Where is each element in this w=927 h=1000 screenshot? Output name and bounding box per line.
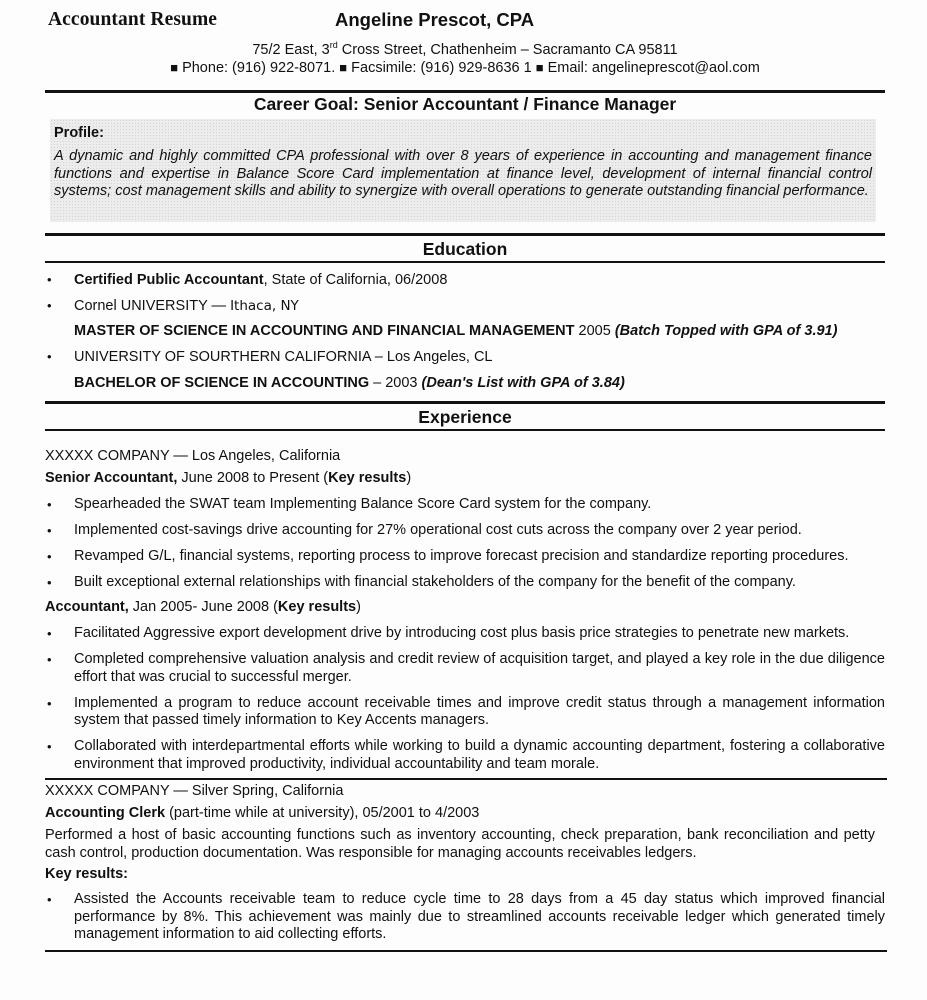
divider-rule bbox=[45, 429, 885, 431]
list-item: •Revamped G/L, financial systems, report… bbox=[45, 548, 885, 566]
cpa-title: Certified Public Accountant bbox=[74, 272, 264, 288]
degree-year: 2005 bbox=[575, 323, 615, 339]
profile-text: A dynamic and highly committed CPA profe… bbox=[54, 148, 872, 201]
education-item-usc: •UNIVERSITY OF SOURTHERN CALIFORNIA – Lo… bbox=[45, 349, 492, 365]
address-part-1: 75/2 East, 3 bbox=[252, 42, 329, 58]
role-close: ) bbox=[356, 599, 361, 615]
list-item: •Completed comprehensive valuation analy… bbox=[45, 651, 885, 686]
ordinal-suffix: rd bbox=[330, 40, 338, 50]
candidate-name: Angeline Prescot, CPA bbox=[335, 9, 534, 31]
school-name: UNIVERSITY OF SOURTHERN CALIFORNIA – Los… bbox=[74, 349, 492, 365]
bullet-icon: • bbox=[47, 522, 52, 540]
role-close: ) bbox=[406, 470, 411, 486]
list-item: •Collaborated with interdepartmental eff… bbox=[45, 738, 885, 773]
job3-key-results-label: Key results: bbox=[45, 866, 128, 882]
job3-company: XXXXX COMPANY — Silver Spring, Californi… bbox=[45, 783, 343, 799]
contact-line: ■ Phone: (916) 922-8071. ■ Facsimile: (9… bbox=[45, 60, 885, 76]
bullet-icon: • bbox=[45, 349, 74, 364]
education-item-cornel: •Cornel UNIVERSITY — Ithaca, NY bbox=[45, 298, 299, 314]
divider-rule bbox=[45, 261, 885, 263]
education-heading: Education bbox=[45, 239, 885, 260]
job3-bullets: •Assisted the Accounts receivable team t… bbox=[45, 891, 885, 944]
bullet-icon: • bbox=[47, 496, 52, 514]
square-bullet-icon: ■ bbox=[170, 60, 178, 75]
job3-summary: Performed a host of basic accounting fun… bbox=[45, 826, 875, 862]
cpa-detail: , State of California, 06/2008 bbox=[264, 272, 448, 288]
email-text[interactable]: Email: angelineprescot@aol.com bbox=[544, 60, 760, 76]
square-bullet-icon: ■ bbox=[536, 60, 544, 75]
bullet-text: Assisted the Accounts receivable team to… bbox=[74, 891, 885, 942]
list-item: •Assisted the Accounts receivable team t… bbox=[45, 891, 885, 944]
role-dates: June 2008 to Present ( bbox=[177, 470, 328, 486]
key-results-label: Key results bbox=[328, 470, 406, 486]
degree-title: BACHELOR OF SCIENCE IN ACCOUNTING bbox=[74, 375, 369, 391]
role-title: Senior Accountant, bbox=[45, 470, 177, 486]
career-goal-heading: Career Goal: Senior Accountant / Finance… bbox=[45, 94, 885, 115]
school-location: Ithaca, NY bbox=[230, 298, 299, 314]
square-bullet-icon: ■ bbox=[339, 60, 347, 75]
bullet-text: Revamped G/L, financial systems, reporti… bbox=[74, 548, 849, 564]
profile-label: Profile: bbox=[54, 125, 104, 141]
divider-rule bbox=[45, 778, 887, 780]
job1-company: XXXXX COMPANY — Los Angeles, California bbox=[45, 448, 340, 464]
job1-role: Senior Accountant, June 2008 to Present … bbox=[45, 470, 411, 486]
list-item: •Implemented a program to reduce account… bbox=[45, 695, 885, 730]
address-line: 75/2 East, 3rd Cross Street, Chathenheim… bbox=[45, 40, 885, 58]
degree-bachelors: BACHELOR OF SCIENCE IN ACCOUNTING – 2003… bbox=[74, 375, 625, 391]
bullet-text: Facilitated Aggressive export developmen… bbox=[74, 625, 849, 641]
degree-note: (Dean's List with GPA of 3.84) bbox=[422, 375, 625, 391]
address-part-2: Cross Street, Chathenheim – Sacramanto C… bbox=[338, 42, 678, 58]
job2-role: Accountant, Jan 2005- June 2008 (Key res… bbox=[45, 599, 361, 615]
list-item: •Facilitated Aggressive export developme… bbox=[45, 625, 885, 643]
role-dates: Jan 2005- June 2008 ( bbox=[129, 599, 278, 615]
job1-bullets: •Spearheaded the SWAT team Implementing … bbox=[45, 496, 885, 592]
list-item: •Built exceptional external relationship… bbox=[45, 574, 885, 592]
bullet-icon: • bbox=[47, 548, 52, 566]
divider-rule bbox=[45, 90, 885, 93]
role-details: (part-time while at university), 05/2001… bbox=[165, 805, 479, 821]
job3-role: Accounting Clerk (part-time while at uni… bbox=[45, 805, 479, 821]
degree-masters: MASTER OF SCIENCE IN ACCOUNTING AND FINA… bbox=[74, 323, 837, 339]
bullet-icon: • bbox=[47, 738, 52, 756]
fax-text: Facsimile: (916) 929-8636 1 bbox=[347, 60, 536, 76]
role-title: Accountant, bbox=[45, 599, 129, 615]
phone-text: Phone: (916) 922-8071. bbox=[178, 60, 339, 76]
bullet-icon: • bbox=[47, 574, 52, 592]
degree-note: (Batch Topped with GPA of 3.91) bbox=[615, 323, 838, 339]
bullet-icon: • bbox=[45, 272, 74, 287]
bullet-text: Implemented a program to reduce account … bbox=[74, 695, 885, 729]
degree-title: MASTER OF SCIENCE IN ACCOUNTING AND FINA… bbox=[74, 323, 575, 339]
bullet-icon: • bbox=[47, 625, 52, 643]
divider-rule bbox=[45, 950, 887, 952]
profile-box: Profile: A dynamic and highly committed … bbox=[50, 119, 876, 222]
key-results-label: Key results bbox=[278, 599, 356, 615]
bullet-text: Collaborated with interdepartmental effo… bbox=[74, 738, 885, 772]
experience-heading: Experience bbox=[45, 407, 885, 428]
bullet-icon: • bbox=[45, 298, 74, 313]
document-title: Accountant Resume bbox=[48, 9, 217, 31]
bullet-text: Completed comprehensive valuation analys… bbox=[74, 651, 885, 685]
list-item: •Spearheaded the SWAT team Implementing … bbox=[45, 496, 885, 514]
bullet-icon: • bbox=[47, 891, 52, 909]
school-name: Cornel UNIVERSITY — bbox=[74, 298, 230, 314]
education-item-cpa: •Certified Public Accountant, State of C… bbox=[45, 272, 447, 288]
bullet-text: Implemented cost-savings drive accountin… bbox=[74, 522, 802, 538]
degree-year: – 2003 bbox=[369, 375, 421, 391]
bullet-text: Built exceptional external relationships… bbox=[74, 574, 796, 590]
list-item: •Implemented cost-savings drive accounti… bbox=[45, 522, 885, 540]
role-title: Accounting Clerk bbox=[45, 805, 165, 821]
job2-bullets: •Facilitated Aggressive export developme… bbox=[45, 625, 885, 773]
divider-rule bbox=[45, 401, 885, 404]
bullet-text: Spearheaded the SWAT team Implementing B… bbox=[74, 496, 651, 512]
bullet-icon: • bbox=[47, 695, 52, 713]
bullet-icon: • bbox=[47, 651, 52, 669]
divider-rule bbox=[45, 233, 885, 236]
